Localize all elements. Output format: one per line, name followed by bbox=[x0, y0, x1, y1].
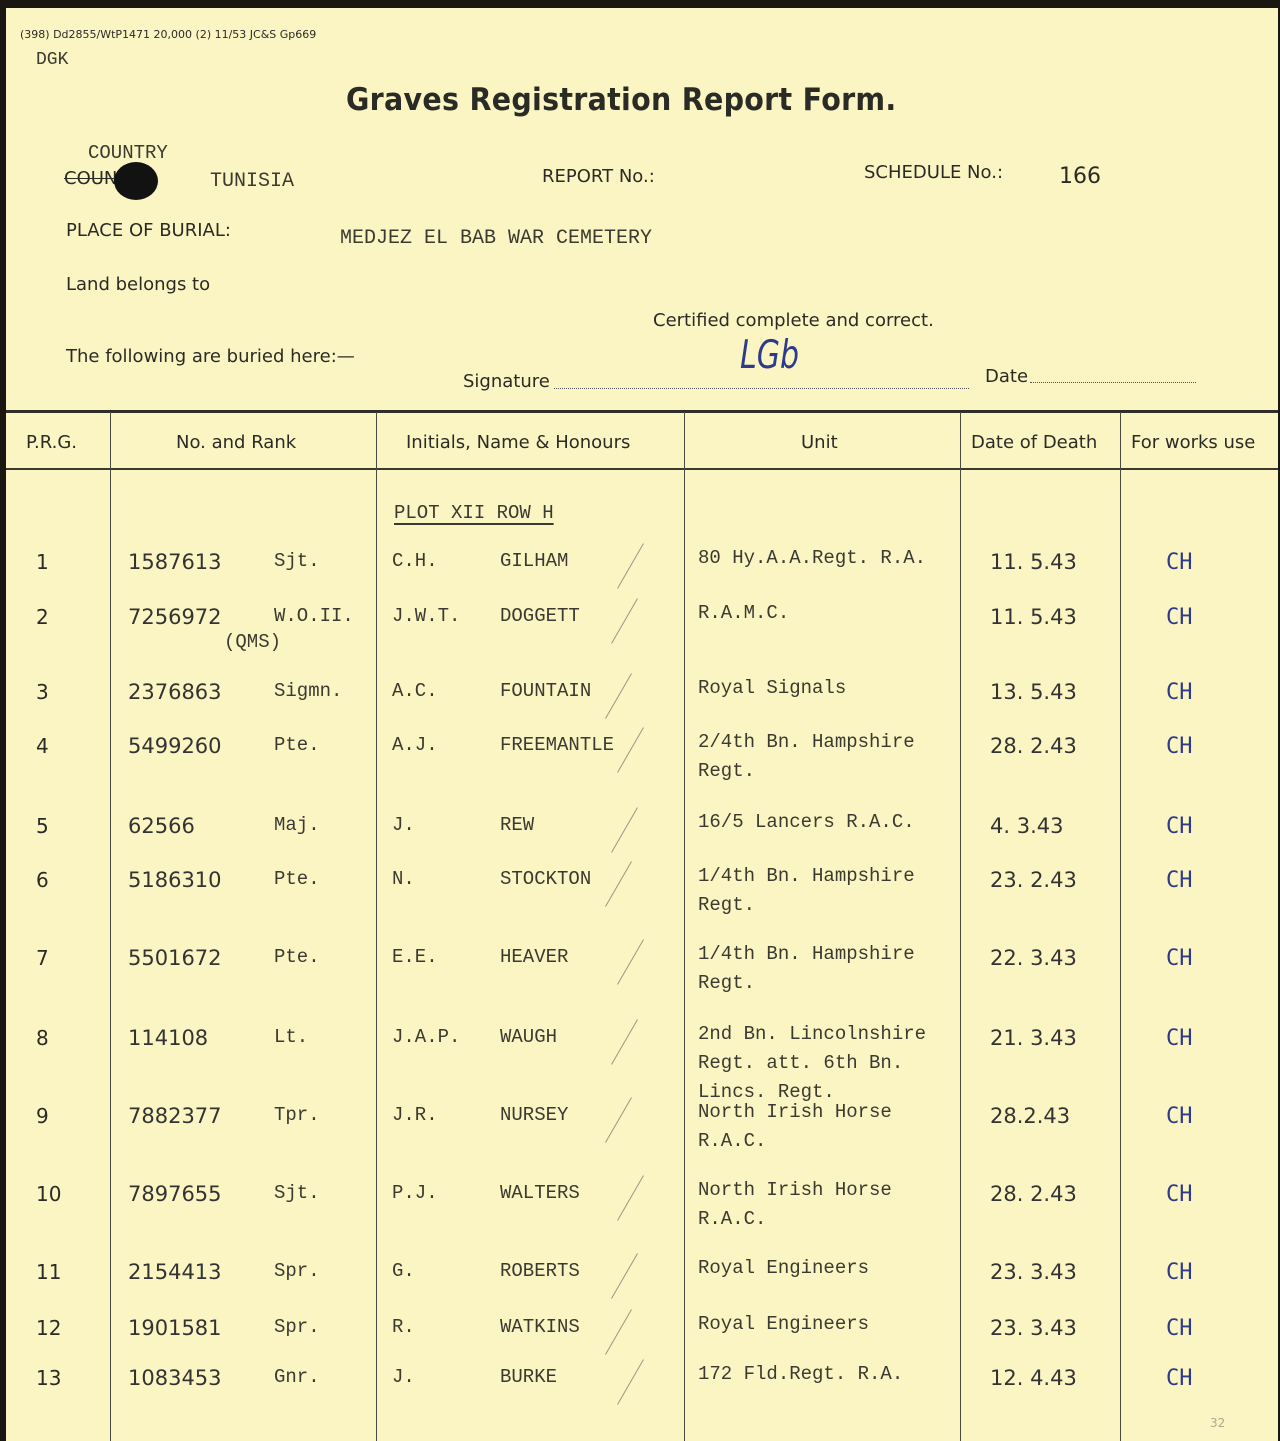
unit-cell: 80 Hy.A.A.Regt. R.A. bbox=[698, 544, 926, 573]
column-divider bbox=[1120, 412, 1121, 1441]
service-number-cell: 1901581 bbox=[128, 1316, 222, 1340]
rank-cell: Pte. bbox=[274, 868, 320, 890]
date-label: Date bbox=[985, 366, 1028, 387]
surname-cell: FOUNTAIN bbox=[500, 680, 591, 702]
surname-cell: NURSEY bbox=[500, 1104, 568, 1126]
service-number-cell: 7256972 bbox=[128, 605, 222, 629]
column-header-prg: P.R.G. bbox=[26, 432, 77, 453]
initials-cell: J.W.T. bbox=[392, 605, 460, 627]
place-of-burial-label: PLACE OF BURIAL: bbox=[66, 220, 231, 241]
works-use-cell: CH bbox=[1166, 814, 1193, 839]
form-page: (398) Dd2855/WtP1471 20,000 (2) 11/53 JC… bbox=[6, 8, 1278, 1441]
surname-cell: HEAVER bbox=[500, 946, 568, 968]
column-header-works: For works use bbox=[1131, 432, 1255, 453]
prg-cell: 2 bbox=[36, 605, 49, 629]
checkmark-stroke-icon bbox=[617, 727, 644, 773]
surname-cell: DOGGETT bbox=[500, 605, 580, 627]
surname-cell: BURKE bbox=[500, 1366, 557, 1388]
works-use-cell: CH bbox=[1166, 1026, 1193, 1051]
schedule-no-label: SCHEDULE No.: bbox=[864, 162, 1003, 183]
unit-cell: 2/4th Bn. Hampshire Regt. bbox=[698, 728, 915, 786]
initials-cell: N. bbox=[392, 868, 415, 890]
surname-cell: STOCKTON bbox=[500, 868, 591, 890]
date-line bbox=[1030, 382, 1196, 383]
checkmark-stroke-icon bbox=[617, 939, 644, 985]
checkmark-stroke-icon bbox=[617, 1175, 644, 1221]
signature-value: LGb bbox=[740, 333, 799, 379]
place-of-burial-value: MEDJEZ EL BAB WAR CEMETERY bbox=[340, 227, 652, 250]
unit-cell: 172 Fld.Regt. R.A. bbox=[698, 1360, 903, 1389]
works-use-cell: CH bbox=[1166, 1366, 1193, 1391]
unit-cell: 1/4th Bn. Hampshire Regt. bbox=[698, 862, 915, 920]
rank-cell: Lt. bbox=[274, 1026, 308, 1048]
signature-label: Signature bbox=[463, 371, 550, 392]
country-label: COUNTRY bbox=[88, 142, 168, 164]
service-number-cell: 5499260 bbox=[128, 734, 222, 758]
surname-cell: WAUGH bbox=[500, 1026, 557, 1048]
prg-cell: 10 bbox=[36, 1182, 61, 1206]
service-number-cell: 1587613 bbox=[128, 550, 222, 574]
clerk-initials: DGK bbox=[36, 50, 68, 70]
rank-cell: Spr. bbox=[274, 1260, 320, 1282]
initials-cell: P.J. bbox=[392, 1182, 438, 1204]
unit-cell: Royal Engineers bbox=[698, 1254, 869, 1283]
table-top-rule bbox=[6, 410, 1278, 413]
service-number-cell: 7882377 bbox=[128, 1104, 222, 1128]
section-heading: PLOT XII ROW H bbox=[394, 502, 554, 524]
initials-cell: E.E. bbox=[392, 946, 438, 968]
checkmark-stroke-icon bbox=[617, 543, 644, 589]
column-divider bbox=[960, 412, 961, 1441]
unit-cell: Royal Engineers bbox=[698, 1310, 869, 1339]
works-use-cell: CH bbox=[1166, 550, 1193, 575]
unit-cell: North Irish Horse R.A.C. bbox=[698, 1176, 892, 1234]
works-use-cell: CH bbox=[1166, 1260, 1193, 1285]
column-header-name: Initials, Name & Honours bbox=[406, 432, 630, 453]
initials-cell: J. bbox=[392, 814, 415, 836]
prg-cell: 3 bbox=[36, 680, 49, 704]
prg-cell: 7 bbox=[36, 946, 49, 970]
table-header-rule bbox=[6, 468, 1278, 470]
works-use-cell: CH bbox=[1166, 946, 1193, 971]
report-no-label: REPORT No.: bbox=[542, 166, 655, 187]
rank-cell: W.O.II. bbox=[274, 605, 354, 627]
prg-cell: 12 bbox=[36, 1316, 61, 1340]
surname-cell: WALTERS bbox=[500, 1182, 580, 1204]
ink-blot bbox=[114, 162, 158, 200]
rank-cell: Sjt. bbox=[274, 550, 320, 572]
date-of-death-cell: 11. 5.43 bbox=[990, 605, 1077, 629]
service-number-cell: 2376863 bbox=[128, 680, 222, 704]
checkmark-stroke-icon bbox=[611, 1253, 638, 1299]
rank-cell: Sjt. bbox=[274, 1182, 320, 1204]
print-code: (398) Dd2855/WtP1471 20,000 (2) 11/53 JC… bbox=[20, 28, 316, 41]
initials-cell: R. bbox=[392, 1316, 415, 1338]
initials-cell: A.J. bbox=[392, 734, 438, 756]
works-use-cell: CH bbox=[1166, 868, 1193, 893]
checkmark-stroke-icon bbox=[605, 861, 632, 907]
works-use-cell: CH bbox=[1166, 1104, 1193, 1129]
unit-cell: North Irish Horse R.A.C. bbox=[698, 1098, 892, 1156]
initials-cell: J.A.P. bbox=[392, 1026, 460, 1048]
service-number-cell: 114108 bbox=[128, 1026, 208, 1050]
rank-cell: Gnr. bbox=[274, 1366, 320, 1388]
page-number: 32 bbox=[1210, 1416, 1225, 1430]
date-of-death-cell: 4. 3.43 bbox=[990, 814, 1063, 838]
date-of-death-cell: 28. 2.43 bbox=[990, 1182, 1077, 1206]
column-divider bbox=[376, 412, 377, 1441]
column-divider bbox=[684, 412, 685, 1441]
column-header-no-rank: No. and Rank bbox=[176, 432, 296, 453]
land-belongs-label: Land belongs to bbox=[66, 274, 210, 295]
checkmark-stroke-icon bbox=[611, 807, 638, 853]
page-title: Graves Registration Report Form. bbox=[346, 82, 897, 118]
unit-cell: R.A.M.C. bbox=[698, 599, 789, 628]
unit-cell: 16/5 Lancers R.A.C. bbox=[698, 808, 915, 837]
works-use-cell: CH bbox=[1166, 1316, 1193, 1341]
works-use-cell: CH bbox=[1166, 1182, 1193, 1207]
prg-cell: 1 bbox=[36, 550, 49, 574]
date-of-death-cell: 12. 4.43 bbox=[990, 1366, 1077, 1390]
country-value: TUNISIA bbox=[210, 170, 294, 193]
unit-cell: 2nd Bn. Lincolnshire Regt. att. 6th Bn. … bbox=[698, 1020, 926, 1107]
prg-cell: 9 bbox=[36, 1104, 49, 1128]
checkmark-stroke-icon bbox=[617, 1359, 644, 1405]
initials-cell: J. bbox=[392, 1366, 415, 1388]
certified-text: Certified complete and correct. bbox=[653, 310, 934, 331]
rank-cell: Pte. bbox=[274, 734, 320, 756]
unit-cell: 1/4th Bn. Hampshire Regt. bbox=[698, 940, 915, 998]
prg-cell: 8 bbox=[36, 1026, 49, 1050]
initials-cell: C.H. bbox=[392, 550, 438, 572]
date-of-death-cell: 28.2.43 bbox=[990, 1104, 1070, 1128]
rank-cell: Spr. bbox=[274, 1316, 320, 1338]
service-number-cell: 5186310 bbox=[128, 868, 222, 892]
works-use-cell: CH bbox=[1166, 680, 1193, 705]
date-of-death-cell: 23. 2.43 bbox=[990, 868, 1077, 892]
column-header-date: Date of Death bbox=[971, 432, 1097, 453]
date-of-death-cell: 22. 3.43 bbox=[990, 946, 1077, 970]
prg-cell: 11 bbox=[36, 1260, 61, 1284]
rank-cell: Pte. bbox=[274, 946, 320, 968]
service-number-cell: 2154413 bbox=[128, 1260, 222, 1284]
schedule-no-value: 166 bbox=[1059, 164, 1101, 189]
initials-cell: A.C. bbox=[392, 680, 438, 702]
unit-cell: Royal Signals bbox=[698, 674, 846, 703]
date-of-death-cell: 13. 5.43 bbox=[990, 680, 1077, 704]
rank-cell: Sigmn. bbox=[274, 680, 342, 702]
service-number-cell: 7897655 bbox=[128, 1182, 222, 1206]
signature-line bbox=[554, 388, 969, 389]
surname-cell: WATKINS bbox=[500, 1316, 580, 1338]
date-of-death-cell: 21. 3.43 bbox=[990, 1026, 1077, 1050]
date-of-death-cell: 28. 2.43 bbox=[990, 734, 1077, 758]
date-of-death-cell: 11. 5.43 bbox=[990, 550, 1077, 574]
surname-cell: GILHAM bbox=[500, 550, 568, 572]
prg-cell: 6 bbox=[36, 868, 49, 892]
prg-cell: 13 bbox=[36, 1366, 61, 1390]
rank-cell: Maj. bbox=[274, 814, 320, 836]
surname-cell: FREEMANTLE bbox=[500, 734, 614, 756]
checkmark-stroke-icon bbox=[611, 1019, 638, 1065]
rank-note-cell: (QMS) bbox=[224, 631, 281, 653]
checkmark-stroke-icon bbox=[605, 1309, 632, 1355]
service-number-cell: 5501672 bbox=[128, 946, 222, 970]
works-use-cell: CH bbox=[1166, 605, 1193, 630]
works-use-cell: CH bbox=[1166, 734, 1193, 759]
date-of-death-cell: 23. 3.43 bbox=[990, 1316, 1077, 1340]
date-of-death-cell: 23. 3.43 bbox=[990, 1260, 1077, 1284]
initials-cell: G. bbox=[392, 1260, 415, 1282]
column-header-unit: Unit bbox=[801, 432, 838, 453]
rank-cell: Tpr. bbox=[274, 1104, 320, 1126]
surname-cell: ROBERTS bbox=[500, 1260, 580, 1282]
prg-cell: 4 bbox=[36, 734, 49, 758]
checkmark-stroke-icon bbox=[611, 598, 638, 644]
following-text: The following are buried here:— bbox=[66, 346, 355, 367]
surname-cell: REW bbox=[500, 814, 534, 836]
service-number-cell: 62566 bbox=[128, 814, 195, 838]
service-number-cell: 1083453 bbox=[128, 1366, 222, 1390]
initials-cell: J.R. bbox=[392, 1104, 438, 1126]
checkmark-stroke-icon bbox=[605, 1097, 632, 1143]
prg-cell: 5 bbox=[36, 814, 49, 838]
column-divider bbox=[110, 412, 111, 1441]
checkmark-stroke-icon bbox=[605, 673, 632, 719]
